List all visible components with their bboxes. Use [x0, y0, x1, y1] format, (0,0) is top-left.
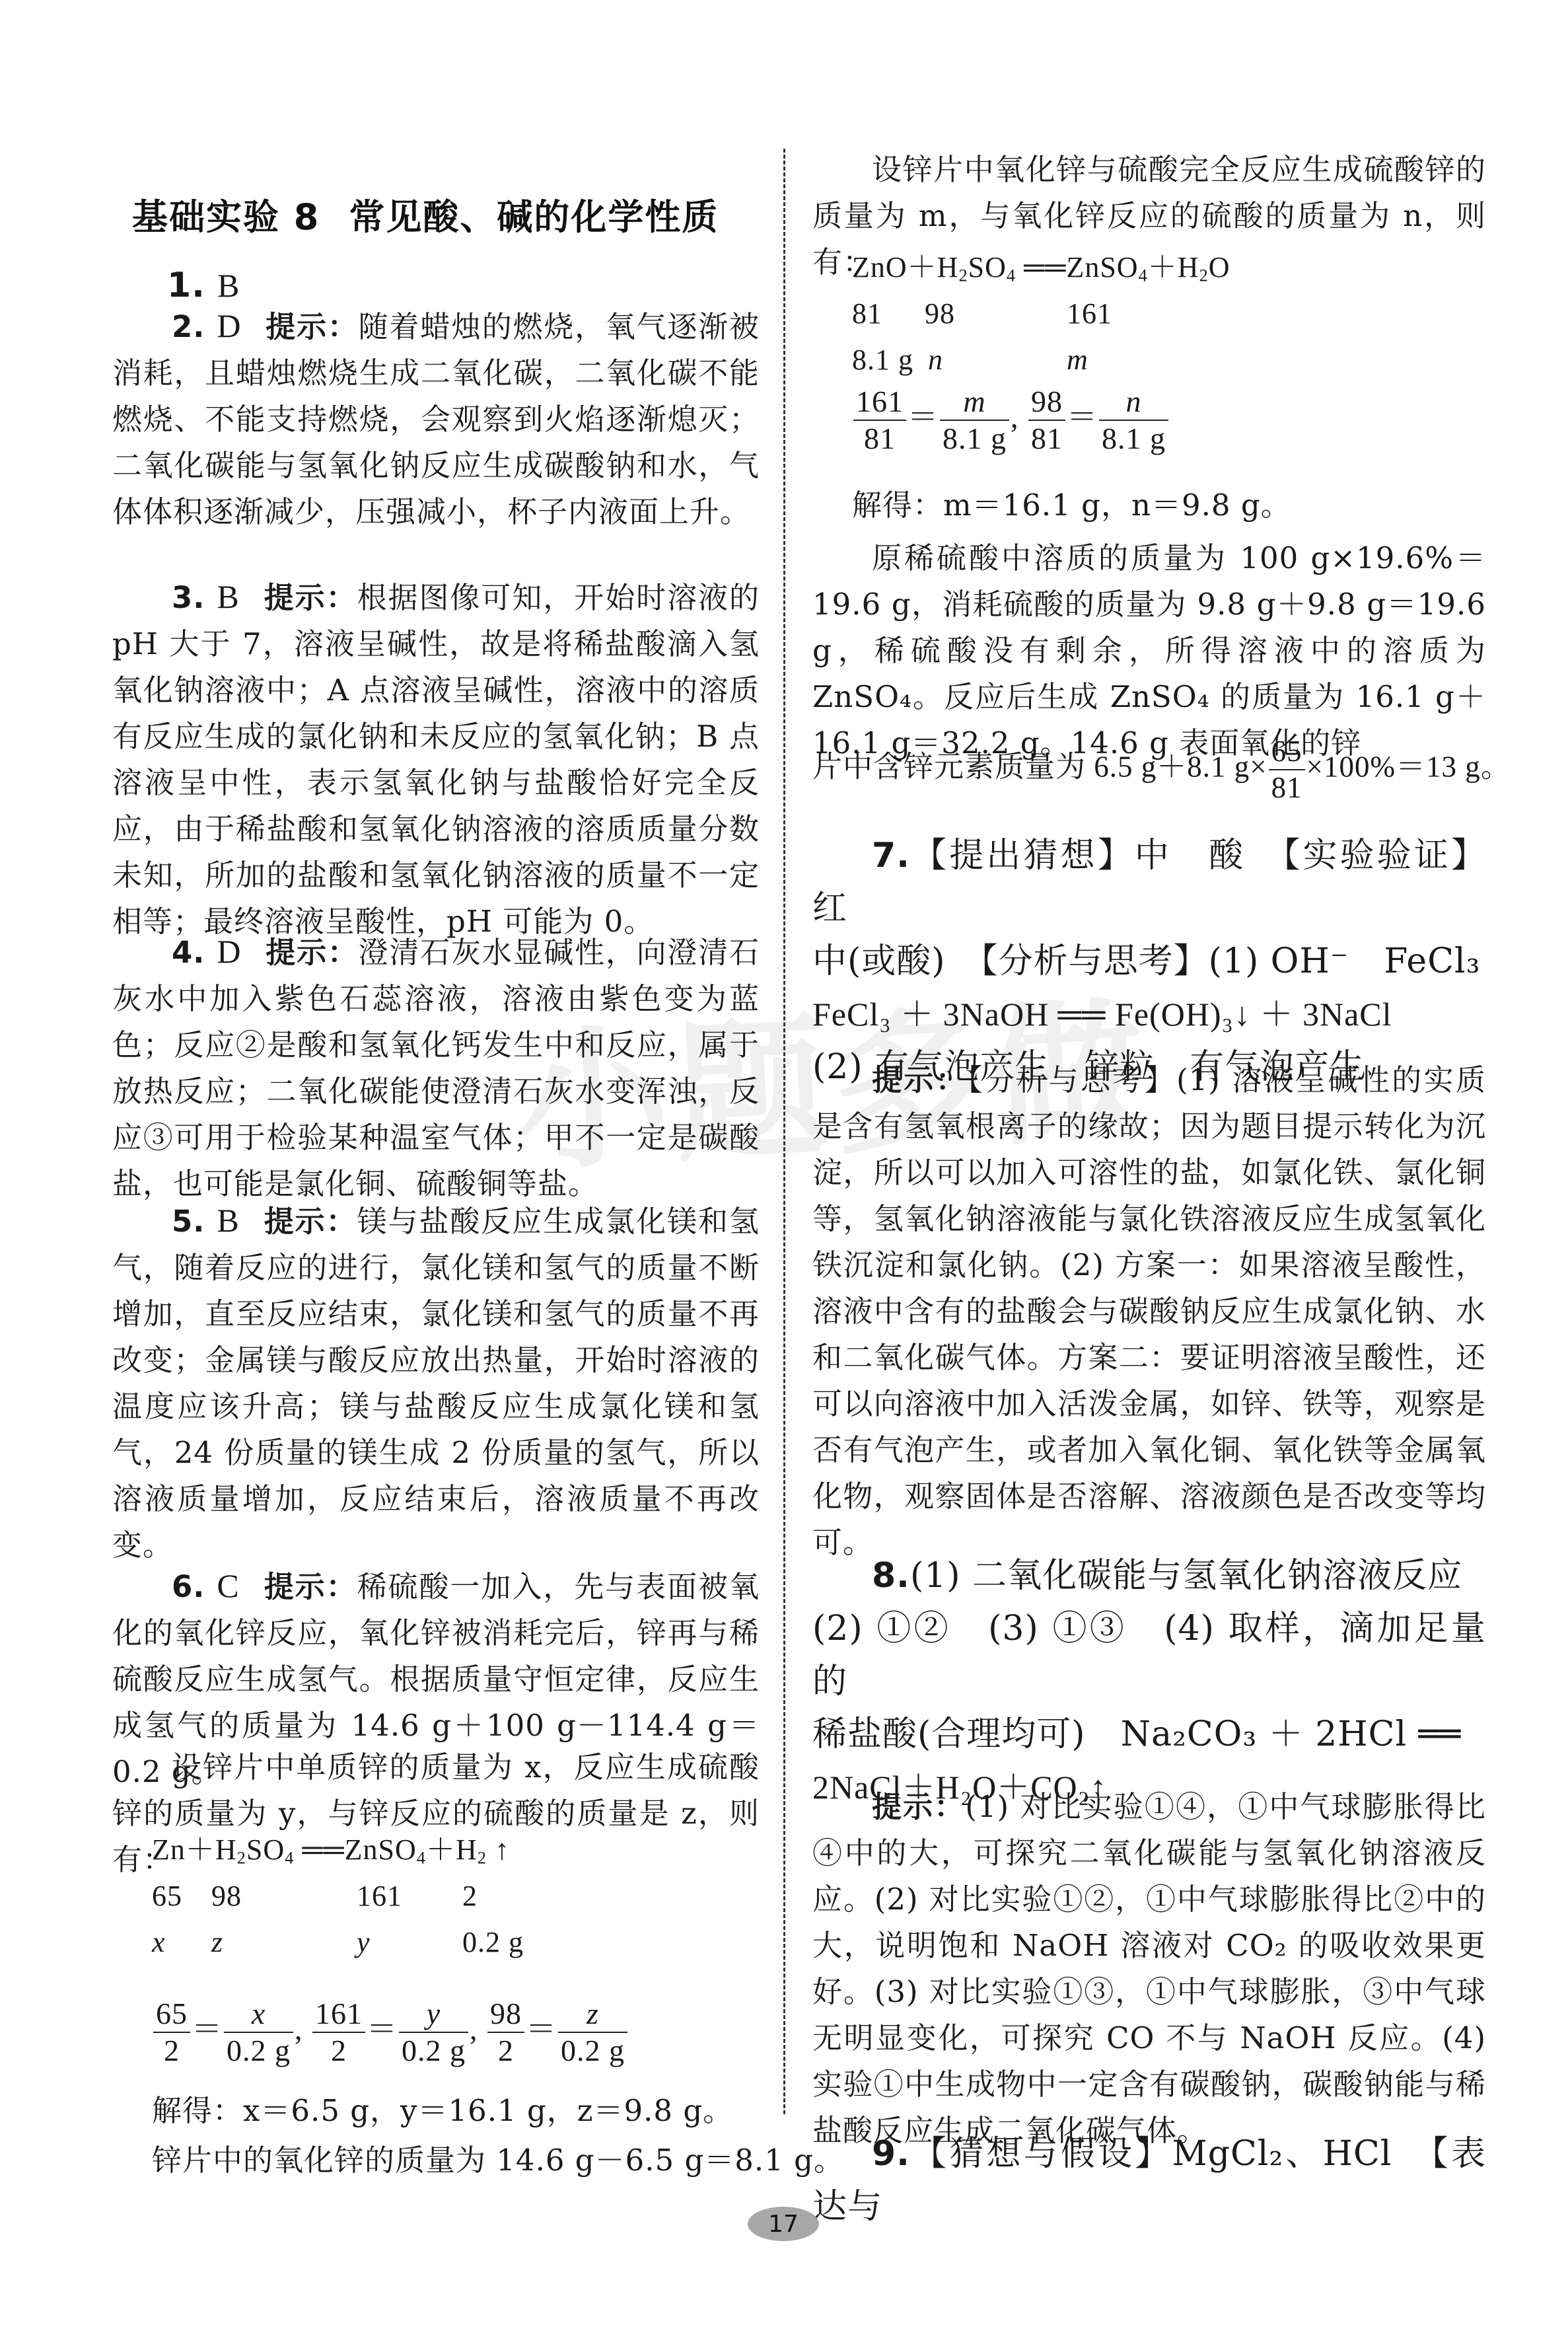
answer-choice: B [217, 578, 239, 615]
q8-line3: 稀盐酸(合理均可) Na₂CO₃ ＋ 2HCl ══ [812, 1708, 1486, 1761]
ratio-fraction: 16181 [853, 387, 906, 454]
title-experiment-number: 基础实验 8 [132, 196, 320, 238]
var-x: x [152, 1919, 166, 1966]
hint-text: 根据图像可知，开始时溶液的 pH 大于 7，溶液呈碱性，故是将稀盐酸滴入氢氧化钠… [112, 580, 760, 939]
ratio-fraction: n8.1 g [1099, 387, 1168, 454]
question-number: 8. [872, 1556, 910, 1596]
zn-equation-block: Zn＋H2SO4 ══ZnSO4＋H2 ↑ 65 98 161 2 x z y … [152, 1827, 746, 1972]
hint-text: 随着蜡烛的燃烧，氧气逐渐被消耗，且蜡烛燃烧生成二氧化碳，二氧化碳不能燃烧、不能支… [112, 309, 760, 529]
answer-q2: 2.D提示：随着蜡烛的燃烧，氧气逐渐被消耗，且蜡烛燃烧生成二氧化碳，二氧化碳不能… [112, 303, 760, 535]
hint-label: 提示： [264, 1569, 357, 1604]
zinc-total-result: 片中含锌元素质量为 6.5 g＋8.1 g×6581×100%＝13 g。 [812, 737, 1511, 803]
ratio-fraction: 652 [153, 1999, 190, 2066]
page-title: 基础实验 8常见酸、碱的化学性质 [132, 189, 719, 240]
mass-zno: 81 [852, 291, 882, 337]
q7-line2: 中(或酸) 【分析与思考】(1) OH⁻ FeCl₃ [812, 935, 1486, 988]
answer-choice: D [217, 307, 241, 344]
mass-zn: 65 [152, 1873, 182, 1919]
zn-solution: 解得：x＝6.5 g，y＝16.1 g，z＝9.8 g。 [152, 2088, 733, 2134]
ratio-fraction: 9881 [1028, 387, 1065, 454]
zno-mass-result: 锌片中的氧化锌的质量为 14.6 g－6.5 g＝8.1 g。 [152, 2137, 844, 2184]
question-number: 2. [172, 309, 205, 344]
hint-text: 镁与盐酸反应生成氯化镁和氢气，随着反应的进行，氯化镁和氢气的质量不断增加，直至反… [112, 1204, 760, 1563]
mass-fraction: 6581 [1269, 737, 1305, 803]
q9-line1: 【猜想与假设】MgCl₂、HCl 【表达与 [812, 2134, 1486, 2227]
var-z: z [211, 1919, 223, 1966]
page-number-badge: 17 [748, 2207, 819, 2241]
mass-znso4: 161 [357, 1873, 402, 1919]
answer-q8: 8.(1) 二氧化碳能与氢氧化钠溶液反应 (2) ①② (3) ①③ (4) 取… [812, 1549, 1486, 1814]
hint-label: 提示： [872, 1062, 968, 1097]
var-y: y [357, 1919, 371, 1966]
question-number: 1. [167, 266, 205, 305]
page-number: 17 [768, 2211, 799, 2238]
hint-label: 提示： [266, 309, 359, 344]
mass-h2: 2 [462, 1873, 478, 1919]
zno-equation-block: ZnO＋H2SO4 ══ZnSO4＋H2O 81 98 161 8.1 g n … [852, 244, 1446, 390]
ratio-fraction: 1612 [312, 1999, 365, 2066]
q7-fecl3-equation: FeCl₃ ＋ 3NaOH ══ Fe(OH)₃↓ ＋ 3NaCl [812, 988, 1486, 1041]
answer-choice: D [217, 933, 241, 970]
zn-equation-formula: Zn＋H2SO4 ══ZnSO4＋H2 ↑ [152, 1827, 510, 1881]
var-m: m [1067, 337, 1088, 383]
q8-line1: (1) 二氧化碳能与氢氧化钠溶液反应 [910, 1556, 1462, 1596]
q7-line1: 【提出猜想】中 酸 【实验验证】红 [812, 836, 1486, 928]
zinc-element-calc: 原稀硫酸中溶质的质量为 100 g×19.6%＝19.6 g，消耗硫酸的质量为 … [812, 535, 1486, 766]
question-number: 4. [172, 935, 205, 970]
mass-znso4: 161 [1067, 291, 1112, 337]
hint-text: 澄清石灰水显碱性，向澄清石灰水中加入紫色石蕊溶液，溶液由紫色变为蓝色；反应②是酸… [112, 935, 760, 1201]
ratio-fraction: 982 [487, 1999, 524, 2066]
zn-ratio-equations: 652＝x0.2 g, 1612＝y0.2 g, 982＝z0.2 g [152, 1999, 629, 2066]
hint-text: 【分析与思考】(1) 溶液呈碱性的实质是含有氢氧根离子的缘故；因为题目提示转化为… [812, 1062, 1486, 1560]
var-zno-mass: 8.1 g [852, 337, 913, 383]
question-number: 9. [872, 2134, 910, 2174]
answer-q7: 7.【提出猜想】中 酸 【实验验证】红 中(或酸) 【分析与思考】(1) OH⁻… [812, 829, 1486, 1093]
ratio-fraction: y0.2 g [399, 1999, 468, 2066]
column-divider [783, 149, 785, 2114]
ratio-fraction: z0.2 g [558, 1999, 627, 2066]
q8-line2: (2) ①② (3) ①③ (4) 取样，滴加足量的 [812, 1602, 1486, 1708]
title-topic: 常见酸、碱的化学性质 [349, 196, 719, 238]
answer-choice: B [217, 1202, 239, 1239]
hint-label: 提示： [264, 1204, 357, 1239]
q7-hint: 提示：【分析与思考】(1) 溶液呈碱性的实质是含有氢氧根离子的缘故；因为题目提示… [812, 1057, 1486, 1566]
mass-h2so4: 98 [925, 291, 955, 337]
answer-q3: 3.B提示：根据图像可知，开始时溶液的 pH 大于 7，溶液呈碱性，故是将稀盐酸… [112, 573, 760, 945]
q8-hint: 提示：(1) 对比实验①④，①中气球膨胀得比④中的大，可探究二氧化碳能与氢氧化钠… [812, 1784, 1486, 2154]
answer-choice: C [217, 1567, 239, 1604]
question-number: 7. [872, 836, 910, 875]
zno-solution: 解得：m＝16.1 g，n＝9.8 g。 [852, 482, 1291, 529]
zno-ratio-equations: 16181＝m8.1 g, 9881＝n8.1 g [852, 387, 1170, 454]
question-number: 6. [172, 1569, 205, 1604]
var-h2-mass: 0.2 g [462, 1919, 524, 1966]
answer-choice: B [217, 267, 240, 304]
ratio-fraction: m8.1 g [940, 387, 1009, 454]
answer-q9: 9.【猜想与假设】MgCl₂、HCl 【表达与 [812, 2127, 1486, 2233]
mass-h2so4: 98 [211, 1873, 242, 1919]
var-n: n [928, 337, 943, 383]
hint-label: 提示： [264, 580, 357, 615]
zno-equation-formula: ZnO＋H2SO4 ══ZnSO4＋H2O [852, 244, 1230, 299]
hint-label: 提示： [266, 935, 359, 970]
hint-label: 提示： [872, 1789, 965, 1824]
question-number: 3. [172, 580, 205, 615]
answer-q5: 5.B提示：镁与盐酸反应生成氯化镁和氢气，随着反应的进行，氯化镁和氢气的质量不断… [112, 1197, 760, 1568]
answer-q4: 4.D提示：澄清石灰水显碱性，向澄清石灰水中加入紫色石蕊溶液，溶液由紫色变为蓝色… [112, 928, 760, 1207]
question-number: 5. [172, 1204, 205, 1239]
hint-text: (1) 对比实验①④，①中气球膨胀得比④中的大，可探究二氧化碳能与氢氧化钠溶液反… [812, 1789, 1486, 2148]
ratio-fraction: x0.2 g [224, 1999, 293, 2066]
